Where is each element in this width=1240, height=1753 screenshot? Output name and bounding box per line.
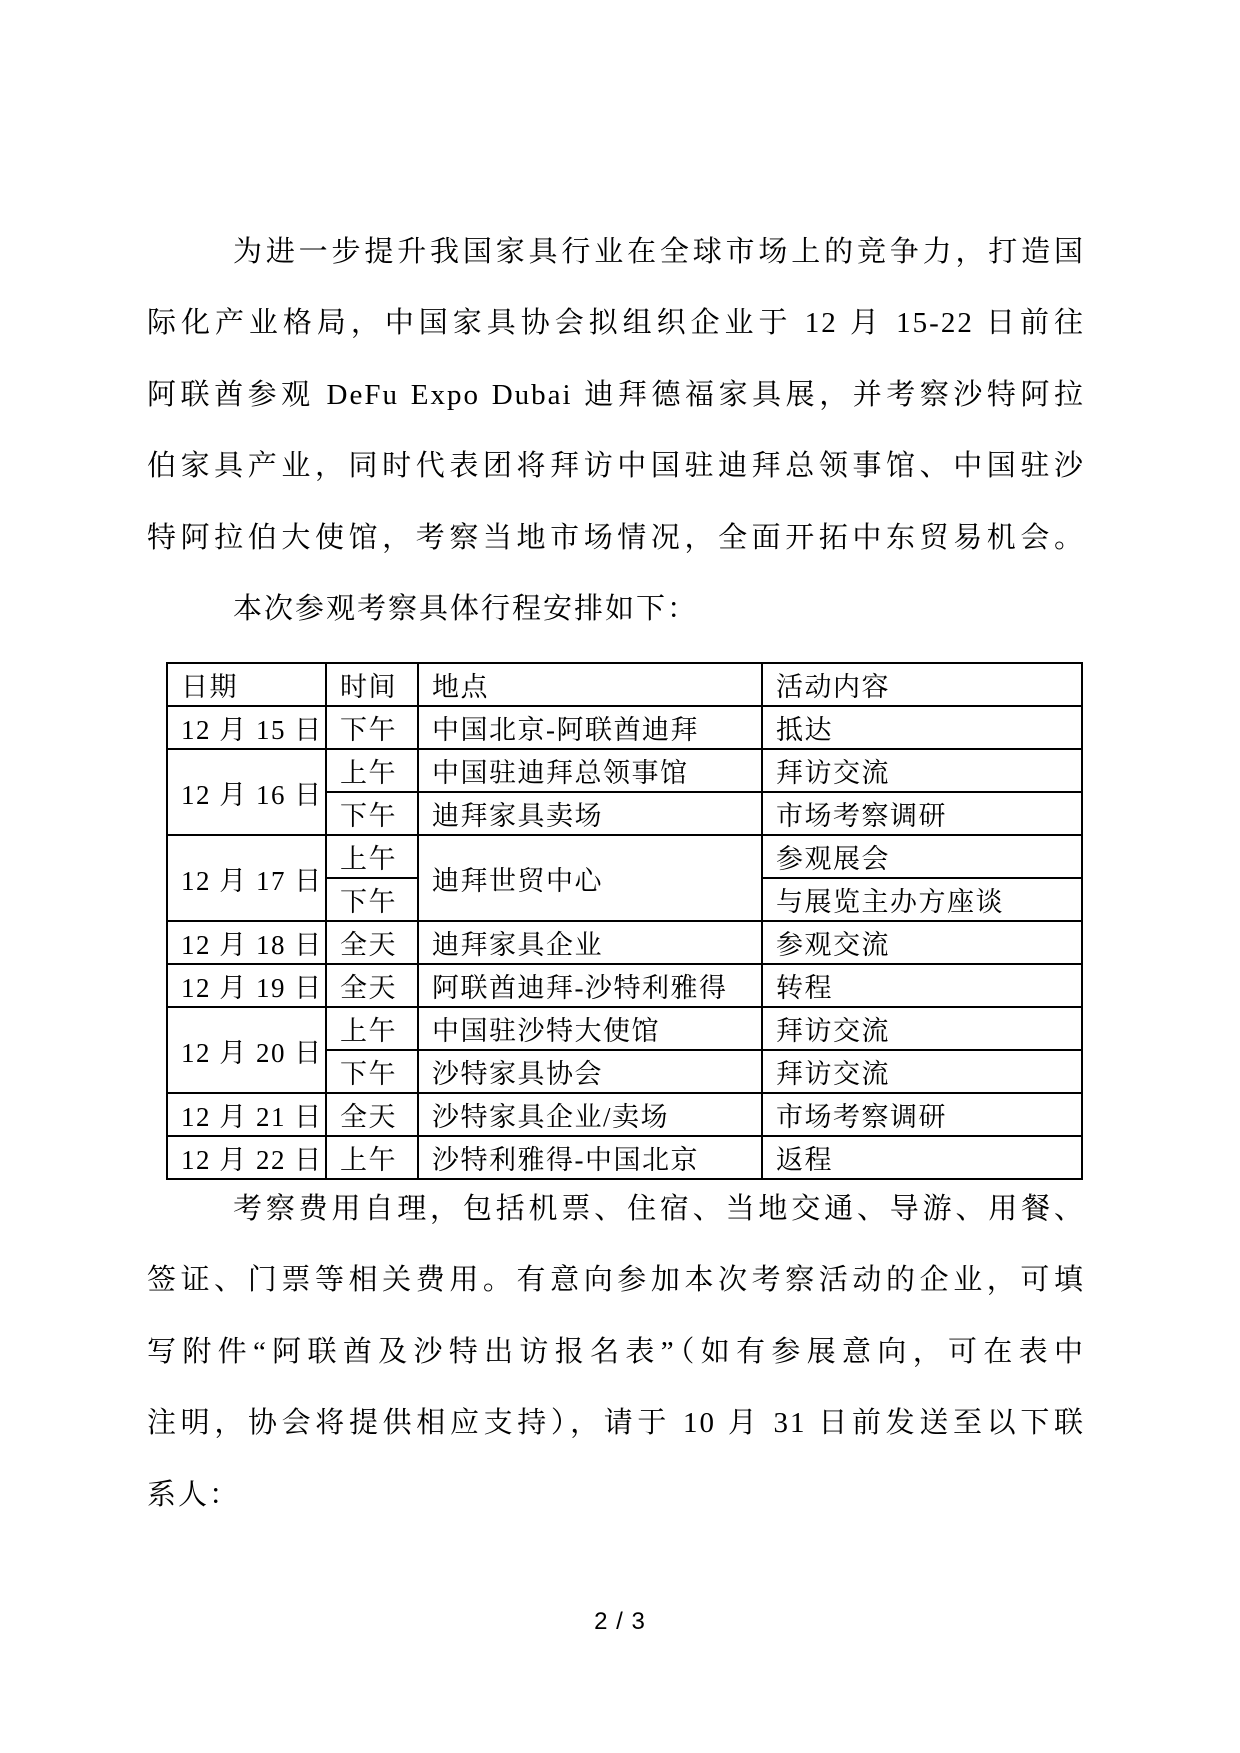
cell-place: 沙特家具企业/卖场 (418, 1093, 762, 1136)
cell-place: 中国驻迪拜总领事馆 (418, 749, 762, 792)
cell-date: 12 月 22 日 (167, 1136, 326, 1179)
schedule-intro-line: 本次参观考察具体行程安排如下： (147, 574, 1085, 645)
cell-date: 12 月 19 日 (167, 964, 326, 1007)
cell-date: 12 月 21 日 (167, 1093, 326, 1136)
cell-place: 阿联酋迪拜-沙特利雅得 (418, 964, 762, 1007)
header-time: 时间 (326, 663, 418, 706)
cell-date: 12 月 16 日 (167, 749, 326, 835)
cell-date: 12 月 17 日 (167, 835, 326, 921)
table-row: 12 月 21 日 全天 沙特家具企业/卖场 市场考察调研 (167, 1093, 1082, 1136)
cell-place: 迪拜家具卖场 (418, 792, 762, 835)
paragraph-line: 注明，协会将提供相应支持），请于 10 月 31 日前发送至以下联 (147, 1388, 1085, 1459)
cell-activity: 拜访交流 (762, 749, 1082, 792)
table-row: 12 月 18 日 全天 迪拜家具企业 参观交流 (167, 921, 1082, 964)
table-row: 12 月 16 日 上午 中国驻迪拜总领事馆 拜访交流 (167, 749, 1082, 792)
paragraph-line: 考察费用自理，包括机票、住宿、当地交通、导游、用餐、 (147, 1174, 1085, 1245)
cell-time: 下午 (326, 792, 418, 835)
paragraph-line: 际化产业格局，中国家具协会拟组织企业于 12 月 15-22 日前往 (147, 288, 1085, 359)
cell-time: 下午 (326, 878, 418, 921)
intro-paragraph: 为进一步提升我国家具行业在全球市场上的竞争力，打造国 际化产业格局，中国家具协会… (147, 217, 1085, 645)
paragraph-line: 特阿拉伯大使馆，考察当地市场情况，全面开拓中东贸易机会。 (147, 503, 1085, 574)
page-number: 2 / 3 (0, 1608, 1240, 1636)
cell-activity: 拜访交流 (762, 1007, 1082, 1050)
cell-activity: 市场考察调研 (762, 1093, 1082, 1136)
table-row: 12 月 15 日 下午 中国北京-阿联酋迪拜 抵达 (167, 706, 1082, 749)
cell-activity: 抵达 (762, 706, 1082, 749)
cell-place: 中国北京-阿联酋迪拜 (418, 706, 762, 749)
paragraph-line: 阿联酋参观 DeFu Expo Dubai 迪拜德福家具展，并考察沙特阿拉 (147, 360, 1085, 431)
cell-time: 全天 (326, 921, 418, 964)
table-row: 12 月 22 日 上午 沙特利雅得-中国北京 返程 (167, 1136, 1082, 1179)
cell-date: 12 月 15 日 (167, 706, 326, 749)
cell-time: 全天 (326, 1093, 418, 1136)
header-date: 日期 (167, 663, 326, 706)
paragraph-line: 写附件“阿联酋及沙特出访报名表”（如有参展意向，可在表中 (147, 1317, 1085, 1388)
fees-paragraph: 考察费用自理，包括机票、住宿、当地交通、导游、用餐、 签证、门票等相关费用。有意… (147, 1174, 1085, 1531)
itinerary-table: 日期 时间 地点 活动内容 12 月 15 日 下午 中国北京-阿联酋迪拜 抵达… (166, 662, 1083, 1180)
cell-place: 中国驻沙特大使馆 (418, 1007, 762, 1050)
cell-activity: 与展览主办方座谈 (762, 878, 1082, 921)
header-place: 地点 (418, 663, 762, 706)
cell-activity: 返程 (762, 1136, 1082, 1179)
cell-activity: 参观展会 (762, 835, 1082, 878)
cell-place: 沙特家具协会 (418, 1050, 762, 1093)
paragraph-line: 签证、门票等相关费用。有意向参加本次考察活动的企业，可填 (147, 1245, 1085, 1316)
cell-place: 沙特利雅得-中国北京 (418, 1136, 762, 1179)
cell-activity: 参观交流 (762, 921, 1082, 964)
cell-activity: 转程 (762, 964, 1082, 1007)
cell-time: 下午 (326, 706, 418, 749)
cell-date: 12 月 20 日 (167, 1007, 326, 1093)
cell-place: 迪拜家具企业 (418, 921, 762, 964)
cell-activity: 拜访交流 (762, 1050, 1082, 1093)
table-row: 12 月 17 日 上午 迪拜世贸中心 参观展会 (167, 835, 1082, 878)
header-activity: 活动内容 (762, 663, 1082, 706)
cell-time: 上午 (326, 1007, 418, 1050)
cell-time: 上午 (326, 749, 418, 792)
paragraph-line: 系人： (147, 1460, 1085, 1531)
cell-activity: 市场考察调研 (762, 792, 1082, 835)
paragraph-line: 伯家具产业，同时代表团将拜访中国驻迪拜总领事馆、中国驻沙 (147, 431, 1085, 502)
paragraph-line: 为进一步提升我国家具行业在全球市场上的竞争力，打造国 (147, 217, 1085, 288)
table-row: 12 月 20 日 上午 中国驻沙特大使馆 拜访交流 (167, 1007, 1082, 1050)
document-page: { "paragraph1": { "lines": [ "为进一步提升我国家具… (0, 0, 1240, 1753)
table-row: 12 月 19 日 全天 阿联酋迪拜-沙特利雅得 转程 (167, 964, 1082, 1007)
cell-place: 迪拜世贸中心 (418, 835, 762, 921)
cell-time: 下午 (326, 1050, 418, 1093)
table-header-row: 日期 时间 地点 活动内容 (167, 663, 1082, 706)
cell-date: 12 月 18 日 (167, 921, 326, 964)
cell-time: 上午 (326, 835, 418, 878)
cell-time: 全天 (326, 964, 418, 1007)
cell-time: 上午 (326, 1136, 418, 1179)
